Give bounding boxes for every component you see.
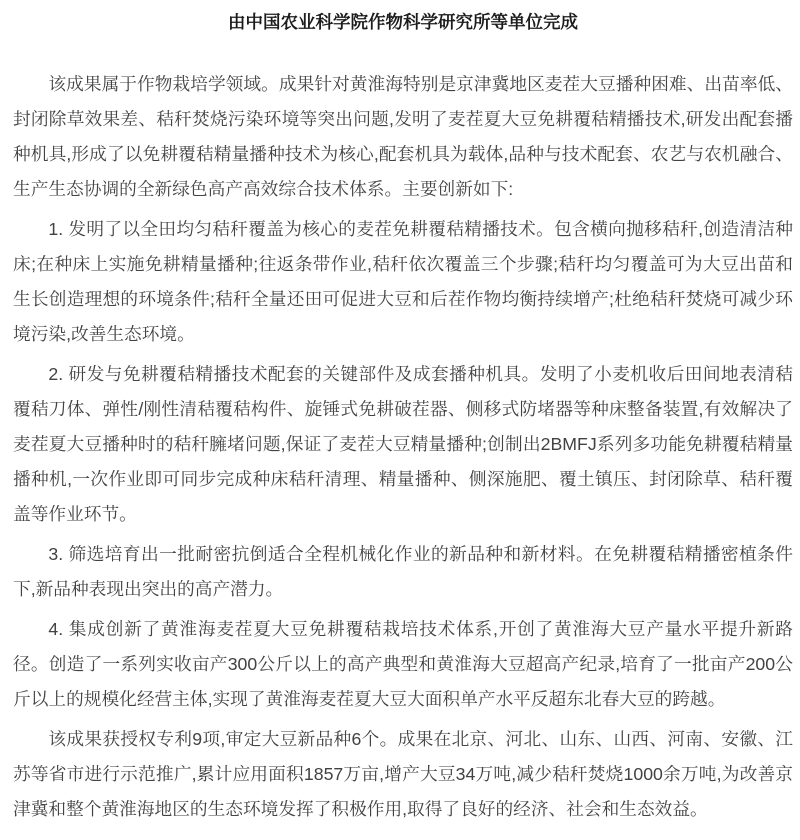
paragraph-innovation-1: 1. 发明了以全田均匀秸秆覆盖为核心的麦茬免耕覆秸精播技术。包含横向抛移秸秆,创… (13, 212, 793, 352)
paragraph-innovation-3: 3. 筛选培育出一批耐密抗倒适合全程机械化作业的新品种和新材料。在免耕覆秸精播密… (13, 537, 793, 607)
document-page: 由中国农业科学院作物科学研究所等单位完成 该成果属于作物栽培学领域。成果针对黄淮… (0, 0, 800, 840)
paragraph-innovation-4: 4. 集成创新了黄淮海麦茬夏大豆免耕覆秸栽培技术体系,开创了黄淮海大豆产量水平提… (13, 612, 793, 717)
paragraph-innovation-2: 2. 研发与免耕覆秸精播技术配套的关键部件及成套播种机具。发明了小麦机收后田间地… (13, 357, 793, 532)
paragraph-results: 该成果获授权专利9项,审定大豆新品种6个。成果在北京、河北、山东、山西、河南、安… (13, 722, 793, 827)
paragraph-intro: 该成果属于作物栽培学领域。成果针对黄淮海特别是京津冀地区麦茬大豆播种困难、出苗率… (13, 67, 793, 207)
document-title: 由中国农业科学院作物科学研究所等单位完成 (13, 8, 793, 36)
